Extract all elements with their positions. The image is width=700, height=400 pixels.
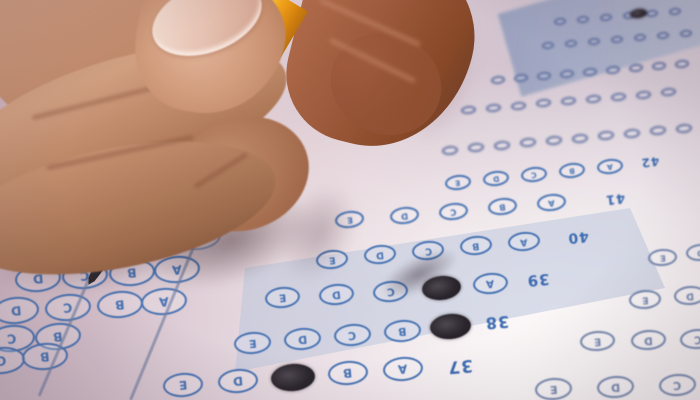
- photo-hand-filling-omr-sheet: ABCDE42ABCDE41ABCDE40ACDE39BCDE38ABDE37B…: [0, 0, 700, 400]
